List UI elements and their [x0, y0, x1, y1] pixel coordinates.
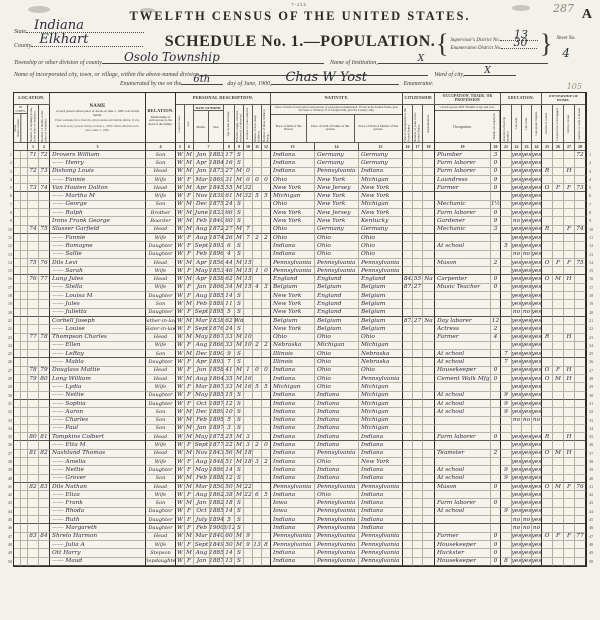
cell-children_born: [253, 350, 262, 358]
cell-dwelling: [28, 267, 39, 275]
cell-immigration_year: [403, 466, 413, 474]
cell-immigration_year: [403, 375, 413, 383]
cell-children_born: [253, 375, 262, 383]
cell-naturalization: [423, 533, 435, 541]
cell-occupation: Farmer: [435, 533, 491, 541]
cell-birthplace: Indiana: [271, 392, 315, 400]
cell-dwelling: [28, 201, 39, 209]
cell-street: [14, 458, 21, 466]
cell-can_write: yes: [522, 475, 532, 483]
cell-children_born: [253, 184, 262, 192]
cell-farm_schedule_no: [575, 450, 586, 458]
cell-marital_status: S: [235, 499, 244, 507]
cell-can_read: yes: [512, 209, 522, 217]
colnum-22: 22: [512, 143, 522, 151]
cell-immigration_year: [403, 458, 413, 466]
line-number: 14: [589, 259, 598, 267]
cell-school_months: [501, 433, 512, 441]
years-in-us-header-text: Number of years in the United States.: [414, 106, 421, 142]
cell-house: [21, 558, 28, 566]
cell-can_read: yes: [512, 466, 522, 474]
cell-age: 14: [224, 549, 235, 557]
cell-marital_status: S: [235, 159, 244, 167]
cell-months_not_employed: 0: [491, 483, 501, 491]
cell-sex: F: [185, 325, 194, 333]
cell-name: Lung Jules: [50, 275, 146, 283]
cell-school_months: [501, 284, 512, 292]
line-number: 18: [589, 292, 598, 300]
cell-birthplace: Michigan: [271, 192, 315, 200]
cell-occupation: Plumber: [435, 151, 491, 159]
line-number: 36: [589, 441, 598, 449]
farm-schedule-header-text: Number of farm schedule.: [578, 107, 581, 140]
cell-age: 44: [224, 259, 235, 267]
cell-naturalization: Na: [423, 275, 435, 283]
sheet-block: Sheet No. 4: [557, 26, 576, 62]
cell-occupation: Mechanic: [435, 201, 491, 209]
line-number: 15: [3, 267, 12, 275]
cell-can_read: no: [512, 217, 522, 225]
cell-can_write: yes: [522, 433, 532, 441]
cell-home_owned_rented: [542, 342, 553, 350]
cell-home_owned_rented: [542, 524, 553, 532]
cell-family: 81: [39, 433, 50, 441]
cell-occupation: Cement Walk Mfg: [435, 375, 491, 383]
cell-farm_schedule_no: [575, 342, 586, 350]
cell-birth_month: Mar: [194, 533, 210, 541]
cell-family: [39, 458, 50, 466]
cell-children_born: [253, 558, 262, 566]
cell-months_not_employed: [491, 441, 501, 449]
cell-can_write: yes: [522, 168, 532, 176]
cell-years_married: 1: [244, 367, 253, 375]
cell-home_free_mortgaged: [553, 292, 564, 300]
cell-marital_status: S: [235, 516, 244, 524]
cell-sex: F: [185, 192, 194, 200]
cell-children_living: [262, 275, 271, 283]
cell-home_owned_rented: [542, 400, 553, 408]
cell-can_read: yes: [512, 159, 522, 167]
cell-farm_or_house: [564, 558, 575, 566]
cell-home_free_mortgaged: [553, 217, 564, 225]
cell-family: [39, 516, 50, 524]
cell-farm_schedule_no: [575, 159, 586, 167]
line-number: 45: [589, 516, 598, 524]
cell-house: [21, 516, 28, 524]
enumeration-district-blank: 30: [501, 48, 537, 49]
cell-mother_birthplace: Indiana: [359, 508, 403, 516]
cell-relation: Stepdaughter: [146, 558, 176, 566]
line-number: 25: [3, 350, 12, 358]
cell-age: 16: [224, 159, 235, 167]
cell-school_months: [501, 234, 512, 242]
cell-immigration_year: [403, 367, 413, 375]
cell-can_read: yes: [512, 441, 522, 449]
cell-speaks_english: yes: [532, 491, 542, 499]
institution-value: X: [418, 54, 424, 64]
cell-can_write: yes: [522, 533, 532, 541]
cell-street: [14, 541, 21, 549]
cell-birth_month: Aug: [194, 234, 210, 242]
relation-title: RELATION.: [148, 107, 174, 114]
colnum-1: 1: [28, 143, 39, 151]
cell-dwelling: [28, 176, 39, 184]
cell-children_living: [262, 259, 271, 267]
cell-mother_birthplace: Michigan: [359, 417, 403, 425]
cell-children_born: [253, 475, 262, 483]
cell-family: [39, 417, 50, 425]
cell-house: [21, 325, 28, 333]
colnum-8: 8: [224, 143, 235, 151]
cell-home_free_mortgaged: [553, 317, 564, 325]
cell-age: 17: [224, 151, 235, 159]
cell-naturalization: [423, 383, 435, 391]
location-group-header: LOCATION.: [14, 93, 50, 105]
cell-house: [21, 334, 28, 342]
cell-family: [39, 499, 50, 507]
cell-occupation: Farm laborer: [435, 433, 491, 441]
cell-months_not_employed: [491, 458, 501, 466]
line-number: 16: [589, 275, 598, 283]
cell-name: —— Ralph: [50, 209, 146, 217]
cell-birthplace: Indiana: [271, 466, 315, 474]
cell-family: [39, 475, 50, 483]
cell-marital_status: S: [235, 201, 244, 209]
cell-occupation: At school: [435, 350, 491, 358]
cell-birth_year: 1833: [210, 209, 224, 217]
cell-farm_schedule_no: [575, 309, 586, 317]
cell-birth_year: 1890: [210, 350, 224, 358]
cell-father_birthplace: New Jersey: [315, 209, 359, 217]
cell-months_not_employed: [491, 408, 501, 416]
cell-children_living: [262, 217, 271, 225]
cell-years_in_us: [413, 375, 423, 383]
cell-birthplace: Belgium: [271, 284, 315, 292]
cell-immigration_year: [403, 334, 413, 342]
cell-color: W: [176, 450, 185, 458]
cell-father_birthplace: Pennsylvania: [315, 259, 359, 267]
cell-relation: Wife: [146, 383, 176, 391]
cell-home_owned_rented: [542, 151, 553, 159]
cell-marital_status: M: [235, 192, 244, 200]
cell-occupation: Mason: [435, 259, 491, 267]
cell-house: [21, 408, 28, 416]
cell-street: [14, 325, 21, 333]
cell-color: W: [176, 483, 185, 491]
cell-immigration_year: [403, 549, 413, 557]
cell-birth_year: 1838: [210, 275, 224, 283]
cell-children_born: [253, 524, 262, 532]
cell-farm_schedule_no: 73: [575, 184, 586, 192]
cell-age: 50: [224, 483, 235, 491]
cell-home_free_mortgaged: [553, 309, 564, 317]
cell-occupation: Farm laborer: [435, 159, 491, 167]
cell-months_not_employed: [491, 491, 501, 499]
cell-occupation: At school: [435, 475, 491, 483]
cell-color: W: [176, 350, 185, 358]
cell-age: 18: [224, 499, 235, 507]
cell-immigration_year: [403, 184, 413, 192]
cell-farm_schedule_no: [575, 334, 586, 342]
cell-dwelling: [28, 342, 39, 350]
cell-family: [39, 267, 50, 275]
cell-years_married: [244, 524, 253, 532]
cell-can_write: yes: [522, 508, 532, 516]
cell-children_born: [253, 549, 262, 557]
cell-school_months: 9: [501, 408, 512, 416]
cell-name: Drovers William: [50, 151, 146, 159]
cell-marital_status: M: [235, 541, 244, 549]
cell-children_living: 0: [262, 367, 271, 375]
cell-children_born: [253, 508, 262, 516]
cell-color: W: [176, 234, 185, 242]
age-header-text: Age at last birthday.: [227, 111, 230, 137]
cell-speaks_english: yes: [532, 558, 542, 566]
cell-immigration_year: [403, 151, 413, 159]
cell-children_living: 2: [262, 234, 271, 242]
line-number: 8: [589, 209, 598, 217]
cell-name: Long William: [50, 375, 146, 383]
cell-color: W: [176, 367, 185, 375]
cell-birth_month: Aug: [194, 549, 210, 557]
cell-home_owned_rented: O: [542, 275, 553, 283]
cell-birthplace: Indiana: [271, 367, 315, 375]
colnum-28: 28: [575, 143, 586, 151]
cell-mother_birthplace: Indiana: [359, 441, 403, 449]
cell-relation: Head: [146, 375, 176, 383]
cell-school_months: [501, 483, 512, 491]
cell-naturalization: [423, 375, 435, 383]
cell-years_in_us: [413, 350, 423, 358]
cell-birth_month: Feb: [194, 300, 210, 308]
cell-speaks_english: yes: [532, 184, 542, 192]
school-header-text: Attended school (in months).: [503, 106, 510, 142]
cell-name: —— Jules: [50, 300, 146, 308]
cell-can_write: yes: [522, 292, 532, 300]
cell-can_read: yes: [512, 284, 522, 292]
cell-birthplace: Pennsylvania: [271, 267, 315, 275]
cell-marital_status: M: [235, 491, 244, 499]
line-number: 37: [589, 450, 598, 458]
cell-street: [14, 441, 21, 449]
cell-years_in_us: [413, 383, 423, 391]
cell-school_months: [501, 251, 512, 259]
cell-immigration_year: [403, 417, 413, 425]
cell-home_owned_rented: [542, 251, 553, 259]
cell-marital_status: S: [235, 558, 244, 566]
cell-can_write: yes: [522, 441, 532, 449]
cell-relation: Wife: [146, 234, 176, 242]
cell-years_in_us: [413, 417, 423, 425]
cell-years_in_us: [413, 541, 423, 549]
cell-birth_year: 1882: [210, 499, 224, 507]
cell-home_owned_rented: [542, 267, 553, 275]
cell-naturalization: [423, 342, 435, 350]
line-number: 46: [3, 524, 12, 532]
cell-immigration_year: [403, 400, 413, 408]
cell-years_married: [244, 292, 253, 300]
cell-home_owned_rented: [542, 201, 553, 209]
cell-farm_or_house: [564, 516, 575, 524]
cell-children_born: 2: [253, 234, 262, 242]
cell-farm_or_house: [564, 466, 575, 474]
cell-dwelling: 73: [28, 184, 39, 192]
cell-birth_year: 1840: [210, 217, 224, 225]
cell-farm_or_house: [564, 491, 575, 499]
cell-naturalization: [423, 491, 435, 499]
cell-family: [39, 159, 50, 167]
ward-label: Ward of city,: [434, 72, 464, 78]
institution-blank: X: [378, 63, 548, 64]
cell-house: [21, 392, 28, 400]
cell-birth_year: 1897: [210, 425, 224, 433]
cell-home_free_mortgaged: [553, 441, 564, 449]
cell-years_married: 15: [244, 284, 253, 292]
cell-sex: F: [185, 234, 194, 242]
enumeration-district-line: Enumeration District No. 30: [450, 46, 538, 51]
cell-school_months: [501, 317, 512, 325]
cell-children_living: [262, 309, 271, 317]
cell-father_birthplace: Pennsylvania: [315, 168, 359, 176]
line-number: 11: [3, 234, 12, 242]
cell-immigration_year: [403, 201, 413, 209]
cell-mother_birthplace: Kentucky: [359, 217, 403, 225]
cell-house: [21, 242, 28, 250]
cell-birth_year: 1843: [210, 450, 224, 458]
cell-can_read: yes: [512, 408, 522, 416]
cell-family: [39, 466, 50, 474]
cell-can_read: yes: [512, 558, 522, 566]
cell-name: —— Grover: [50, 475, 146, 483]
cell-months_not_employed: [491, 300, 501, 308]
cell-farm_schedule_no: [575, 466, 586, 474]
brace-open: [436, 31, 448, 57]
cell-dwelling: [28, 350, 39, 358]
cell-home_free_mortgaged: [553, 284, 564, 292]
cell-relation: Daughter: [146, 524, 176, 532]
census-sheet: 7-224. TWELFTH CENSUS OF THE UNITED STAT…: [0, 0, 600, 620]
cell-dwelling: [28, 425, 39, 433]
cell-farm_schedule_no: [575, 549, 586, 557]
years-married-column-header: Number of years married.: [244, 105, 253, 143]
cell-family: 84: [39, 533, 50, 541]
cell-birthplace: Nebraska: [271, 342, 315, 350]
cell-children_living: [262, 350, 271, 358]
cell-sex: M: [185, 425, 194, 433]
cell-occupation: At school: [435, 400, 491, 408]
cell-color: W: [176, 217, 185, 225]
cell-farm_or_house: [564, 408, 575, 416]
cell-relation: Head: [146, 533, 176, 541]
cell-school_months: [501, 524, 512, 532]
colnum-blank: [14, 143, 28, 151]
cell-months_not_employed: 0: [491, 375, 501, 383]
cell-father_birthplace: New Jersey: [315, 184, 359, 192]
cell-children_born: 13: [253, 541, 262, 549]
cell-years_in_us: [413, 201, 423, 209]
cell-can_read: yes: [512, 151, 522, 159]
cell-color: W: [176, 209, 185, 217]
cell-months_not_employed: 0: [491, 367, 501, 375]
cell-years_in_us: [413, 251, 423, 259]
cell-father_birthplace: Pennsylvania: [315, 541, 359, 549]
cell-can_write: yes: [522, 234, 532, 242]
cell-family: 82: [39, 450, 50, 458]
cell-house: [21, 317, 28, 325]
cell-years_married: [244, 475, 253, 483]
cell-children_living: [262, 392, 271, 400]
cell-can_write: yes: [522, 176, 532, 184]
cell-farm_schedule_no: [575, 558, 586, 566]
cell-marital_status: M: [235, 275, 244, 283]
city-line: Name of incorporated city, town, or vill…: [14, 72, 516, 78]
cell-dwelling: [28, 417, 39, 425]
cell-immigration_year: 1873: [403, 317, 413, 325]
cell-sex: F: [185, 441, 194, 449]
cell-farm_or_house: H: [564, 275, 575, 283]
cell-birth_month: Jan: [194, 284, 210, 292]
cell-house: [21, 267, 28, 275]
cell-can_write: yes: [522, 483, 532, 491]
cell-occupation: Music Teacher: [435, 284, 491, 292]
line-number: 5: [589, 184, 598, 192]
cell-street: [14, 375, 21, 383]
cell-age: 9: [224, 350, 235, 358]
cell-birth_year: 1883: [210, 151, 224, 159]
cell-color: W: [176, 184, 185, 192]
cell-father_birthplace: Belgium: [315, 317, 359, 325]
cell-occupation: Carpenter: [435, 275, 491, 283]
cell-name: Dils Nathan: [50, 483, 146, 491]
cell-home_owned_rented: [542, 383, 553, 391]
colnum-10: 10: [244, 143, 253, 151]
cell-children_born: [253, 358, 262, 366]
cell-naturalization: [423, 433, 435, 441]
cell-children_born: [253, 292, 262, 300]
cell-can_read: yes: [512, 549, 522, 557]
cell-months_not_employed: 1½: [491, 201, 501, 209]
line-number: 10: [3, 226, 12, 234]
cell-naturalization: [423, 392, 435, 400]
cell-dwelling: [28, 524, 39, 532]
cell-dwelling: [28, 284, 39, 292]
cell-farm_or_house: [564, 201, 575, 209]
cell-mother_birthplace: Indiana: [359, 466, 403, 474]
speaks-english-column-header: Can speak English.: [532, 105, 542, 143]
cell-can_read: no: [512, 524, 522, 532]
cell-months_not_employed: 4: [491, 334, 501, 342]
cell-sex: F: [185, 367, 194, 375]
cell-birth_year: 1866: [210, 342, 224, 350]
cell-farm_schedule_no: [575, 524, 586, 532]
cell-occupation: [435, 309, 491, 317]
cell-house: [21, 168, 28, 176]
dwelling-column-header: Number of dwelling house, in the order o…: [28, 105, 39, 143]
cell-sex: M: [185, 317, 194, 325]
cell-birth_month: Oct: [194, 508, 210, 516]
cell-street: [14, 342, 21, 350]
cell-age: 55: [224, 184, 235, 192]
cell-birth_year: 1888: [210, 475, 224, 483]
cell-marital_status: M: [235, 226, 244, 234]
cell-father_birthplace: New York: [315, 176, 359, 184]
cell-occupation: Farmer: [435, 184, 491, 192]
cell-naturalization: [423, 541, 435, 549]
cell-sex: M: [185, 300, 194, 308]
cell-occupation: Gardener: [435, 217, 491, 225]
cell-speaks_english: no: [532, 417, 542, 425]
cell-farm_or_house: [564, 267, 575, 275]
